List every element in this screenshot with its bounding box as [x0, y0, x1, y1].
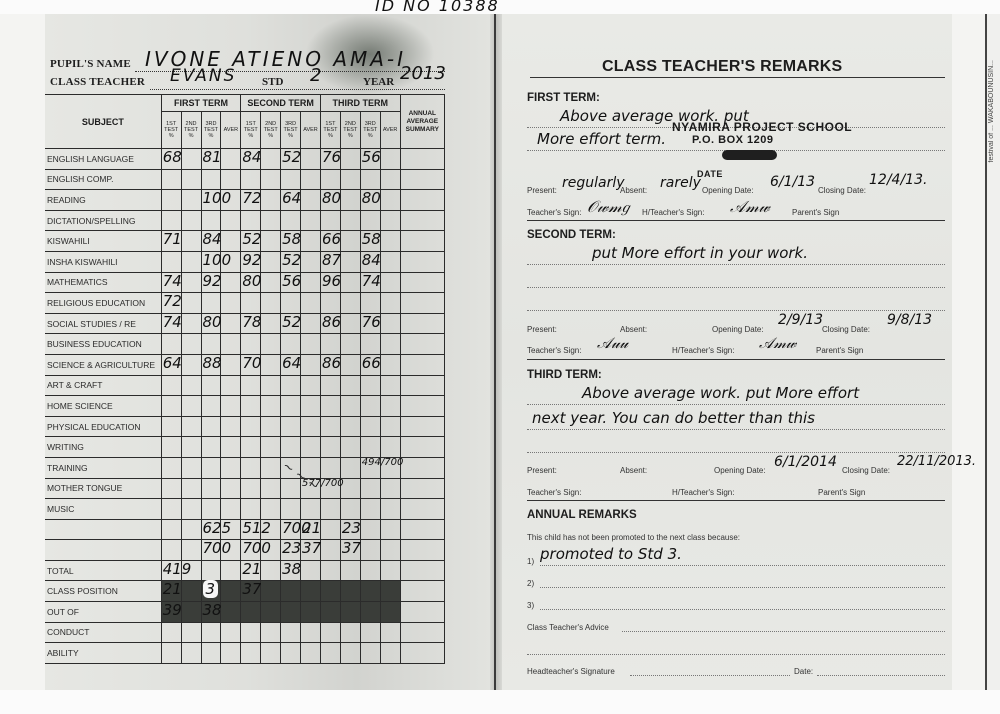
first-teacher-signature: 𝒪𝓌𝓂𝑔	[587, 197, 629, 217]
mark-cell	[241, 478, 261, 499]
third-term-rule	[527, 500, 945, 501]
mark-cell	[261, 375, 281, 396]
mark-cell: 74	[161, 313, 181, 334]
handwritten-mark: 72	[163, 292, 182, 310]
second-term-rule	[527, 359, 945, 360]
handwritten-mark: 23	[342, 519, 361, 537]
mark-cell	[340, 190, 360, 211]
mark-cell	[181, 169, 201, 190]
mark-cell	[281, 416, 301, 437]
mark-cell	[320, 416, 340, 437]
mark-cell	[320, 293, 340, 314]
first-absent-label: Absent:	[620, 186, 647, 195]
mark-cell	[301, 437, 321, 458]
mark-cell	[340, 210, 360, 231]
grade-row: OUT OF3938	[45, 602, 445, 623]
subject-name: CONDUCT	[45, 622, 161, 643]
mark-cell	[181, 231, 201, 252]
mark-cell	[301, 499, 321, 520]
subject-name: READING	[45, 190, 161, 211]
annual-summary-cell	[400, 354, 444, 375]
mark-cell	[261, 643, 281, 664]
mark-cell	[380, 169, 400, 190]
mark-cell	[221, 169, 241, 190]
subject-name: SCIENCE & AGRICULTURE	[45, 354, 161, 375]
mark-cell	[181, 190, 201, 211]
mark-cell	[221, 602, 241, 623]
subject-header: SUBJECT	[45, 95, 161, 149]
subject-name: MUSIC	[45, 499, 161, 520]
not-promoted-text: This child has not been promoted to the …	[527, 533, 740, 542]
subject-name	[45, 540, 161, 561]
mark-cell	[261, 149, 281, 170]
annual-summary-cell	[400, 169, 444, 190]
second-teacher-signature: 𝒜𝓊𝓊	[597, 334, 628, 352]
third-term-header: THIRD TERM	[320, 95, 400, 112]
handwritten-mark: 86	[322, 313, 341, 331]
handwritten-mark: 21	[242, 560, 261, 578]
subject-name: SOCIAL STUDIES / RE	[45, 313, 161, 334]
mark-cell	[281, 334, 301, 355]
subject-name: TRAINING	[45, 457, 161, 478]
mark-cell: 52	[281, 313, 301, 334]
second-present-label: Present:	[527, 325, 557, 334]
annual-item-1-line	[540, 565, 945, 566]
mark-cell	[181, 313, 201, 334]
subcolumn-header: AVER	[221, 112, 241, 149]
mark-cell	[261, 437, 281, 458]
subcolumn-header: 3RD TEST %	[201, 112, 221, 149]
school-stamp-address: P.O. BOX 1209	[692, 134, 774, 146]
headteacher-signature-label: Headteacher's Signature	[527, 667, 615, 676]
annual-summary-cell	[400, 519, 444, 540]
mark-cell	[161, 437, 181, 458]
id-number-stamp: ID NO 10388	[375, 0, 500, 15]
mark-cell	[221, 540, 241, 561]
remarks-page: CLASS TEACHER'S REMARKS FIRST TERM: Abov…	[502, 14, 952, 690]
mark-cell	[221, 293, 241, 314]
mark-cell	[161, 457, 181, 478]
mark-cell: 38	[201, 602, 221, 623]
mark-cell	[320, 519, 340, 540]
third-teacher-sign-label: Teacher's Sign:	[527, 488, 581, 497]
mark-cell	[340, 272, 360, 293]
second-absent-label: Absent:	[620, 325, 647, 334]
mark-cell	[380, 354, 400, 375]
mark-cell: 70	[241, 354, 261, 375]
mark-cell: 37	[301, 540, 321, 561]
subject-name: DICTATION/SPELLING	[45, 210, 161, 231]
mark-cell	[161, 375, 181, 396]
mark-cell	[340, 416, 360, 437]
mark-cell	[221, 334, 241, 355]
mark-cell	[261, 293, 281, 314]
grade-row: ART & CRAFT	[45, 375, 445, 396]
annual-summary-cell	[400, 313, 444, 334]
mark-cell	[301, 313, 321, 334]
mark-cell	[301, 210, 321, 231]
mark-cell	[241, 437, 261, 458]
mark-cell	[340, 231, 360, 252]
mark-cell: 87	[320, 251, 340, 272]
first-term-label: FIRST TERM:	[527, 92, 600, 104]
mark-cell	[380, 272, 400, 293]
first-opening-date-value: 6/1/13	[770, 174, 815, 190]
mark-cell	[380, 581, 400, 602]
first-term-header: FIRST TERM	[161, 95, 241, 112]
mark-cell: 76	[360, 313, 380, 334]
annual-item-3-line	[540, 609, 945, 610]
mark-cell	[380, 643, 400, 664]
second-head-teacher-signature: 𝒜𝓂𝓌	[759, 334, 796, 352]
mark-cell	[161, 478, 181, 499]
annual-summary-cell	[400, 457, 444, 478]
handwritten-mark: 64	[282, 189, 301, 207]
mark-cell	[380, 499, 400, 520]
mark-cell	[181, 293, 201, 314]
mark-cell	[221, 437, 241, 458]
mark-cell: 84	[201, 231, 221, 252]
mark-cell	[380, 334, 400, 355]
annual-summary-cell	[400, 581, 444, 602]
mark-cell	[360, 602, 380, 623]
handwritten-mark: 52	[282, 313, 301, 331]
advice-line-2	[527, 654, 945, 655]
mark-cell	[380, 293, 400, 314]
mark-cell	[380, 251, 400, 272]
book-gutter	[490, 14, 502, 690]
remarks-title: CLASS TEACHER'S REMARKS	[602, 58, 842, 76]
mark-cell	[301, 396, 321, 417]
mark-cell	[161, 622, 181, 643]
third-opening-date-value: 6/1/2014	[774, 454, 837, 470]
second-term-line2	[527, 287, 945, 288]
annual-summary-cell	[400, 416, 444, 437]
mark-cell: 88	[201, 354, 221, 375]
mark-cell: 21	[161, 581, 181, 602]
mark-cell: 21	[301, 519, 321, 540]
mark-cell	[301, 169, 321, 190]
mark-cell	[181, 581, 201, 602]
mark-cell	[241, 602, 261, 623]
handwritten-mark: 58	[362, 230, 381, 248]
mark-cell	[301, 190, 321, 211]
mark-cell: 86	[320, 354, 340, 375]
handwritten-mark: 66	[322, 230, 341, 248]
second-head-teacher-sign-label: H/Teacher's Sign:	[672, 346, 734, 355]
subcolumn-header: 2ND TEST %	[340, 112, 360, 149]
mark-cell	[241, 210, 261, 231]
school-stamp-name: NYAMIRA PROJECT SCHOOL	[672, 120, 852, 134]
mark-cell: 494/700	[360, 457, 380, 478]
mark-cell	[201, 293, 221, 314]
mark-cell	[241, 499, 261, 520]
mark-cell: 52	[281, 149, 301, 170]
mark-cell	[241, 293, 261, 314]
mark-cell	[360, 478, 380, 499]
third-closing-date-label: Closing Date:	[842, 466, 890, 475]
grade-row: KISWAHILI718452586658	[45, 231, 445, 252]
mark-cell	[181, 560, 201, 581]
mark-cell	[301, 251, 321, 272]
mark-cell	[161, 396, 181, 417]
mark-cell: 419	[161, 560, 181, 581]
mark-cell	[261, 602, 281, 623]
mark-cell: 23	[281, 540, 301, 561]
mark-cell	[261, 313, 281, 334]
mark-cell: 625	[201, 519, 221, 540]
mark-cell: 58	[281, 231, 301, 252]
stamp-ink-blob	[722, 150, 777, 160]
mark-cell	[261, 272, 281, 293]
mark-cell	[340, 354, 360, 375]
mark-cell	[320, 396, 340, 417]
annual-summary-cell	[400, 251, 444, 272]
subcolumn-header: 1ST TEST %	[161, 112, 181, 149]
mark-cell	[161, 540, 181, 561]
mark-cell	[161, 251, 181, 272]
handwritten-mark: 64	[163, 354, 182, 372]
mark-cell	[181, 519, 201, 540]
third-term-remark-line2: next year. You can do better than this	[532, 409, 815, 427]
subject-name: ENGLISH LANGUAGE	[45, 149, 161, 170]
mark-cell	[380, 602, 400, 623]
mark-cell	[241, 375, 261, 396]
grade-row: 700700233737	[45, 540, 445, 561]
second-opening-date-label: Opening Date:	[712, 325, 764, 334]
mark-cell	[360, 643, 380, 664]
mark-cell	[181, 437, 201, 458]
handwritten-mark: 74	[163, 313, 182, 331]
annual-summary-cell	[400, 602, 444, 623]
mark-cell	[360, 375, 380, 396]
mark-cell	[221, 375, 241, 396]
mark-cell	[221, 313, 241, 334]
handwritten-mark: 80	[322, 189, 341, 207]
mark-cell	[261, 396, 281, 417]
mark-cell	[301, 231, 321, 252]
second-teacher-sign-label: Teacher's Sign:	[527, 346, 581, 355]
handwritten-mark: 86	[322, 354, 341, 372]
handwritten-mark: 80	[362, 189, 381, 207]
grade-row: SCIENCE & AGRICULTURE648870648666	[45, 354, 445, 375]
mark-cell: 96	[320, 272, 340, 293]
annual-item-1-value: promoted to Std 3.	[540, 545, 682, 563]
mark-cell	[241, 169, 261, 190]
side-strip-text: festival of ... WAKABOUNUSIN...	[988, 60, 995, 162]
mark-cell: 74	[161, 272, 181, 293]
mark-cell	[221, 519, 241, 540]
mark-cell	[181, 334, 201, 355]
handwritten-mark: 66	[362, 354, 381, 372]
mark-cell	[301, 581, 321, 602]
mark-cell	[241, 457, 261, 478]
first-teacher-sign-label: Teacher's Sign:	[527, 208, 581, 217]
mark-cell: 512	[241, 519, 261, 540]
mark-cell	[221, 643, 241, 664]
mark-cell	[340, 149, 360, 170]
mark-cell: 64	[281, 354, 301, 375]
mark-cell: 86	[320, 313, 340, 334]
handwritten-mark: 74	[163, 272, 182, 290]
mark-cell	[201, 169, 221, 190]
mark-cell	[201, 499, 221, 520]
grade-row: TOTAL4192138	[45, 560, 445, 581]
mark-cell: 71	[161, 231, 181, 252]
mark-cell: 52	[241, 231, 261, 252]
mark-cell	[161, 499, 181, 520]
mark-cell: 78	[241, 313, 261, 334]
mark-cell	[261, 416, 281, 437]
handwritten-mark: 71	[163, 230, 182, 248]
mark-cell	[360, 519, 380, 540]
annual-item-3-label: 3)	[527, 601, 534, 610]
mark-cell	[301, 643, 321, 664]
annual-summary-cell	[400, 478, 444, 499]
mark-cell	[360, 396, 380, 417]
mark-cell	[380, 375, 400, 396]
mark-cell	[261, 519, 281, 540]
mark-cell	[261, 334, 281, 355]
grade-row: ENGLISH LANGUAGE688184527656	[45, 149, 445, 170]
mark-cell	[201, 457, 221, 478]
annual-summary-cell	[400, 622, 444, 643]
handwritten-mark: 81	[203, 148, 222, 166]
mark-cell	[221, 396, 241, 417]
mark-cell	[221, 251, 241, 272]
handwritten-mark: 52	[282, 148, 301, 166]
mark-cell	[281, 210, 301, 231]
mark-cell	[201, 210, 221, 231]
handwritten-mark: 37	[342, 539, 361, 557]
mark-cell	[181, 499, 201, 520]
second-term-label: SECOND TERM:	[527, 229, 616, 241]
annual-summary-cell	[400, 499, 444, 520]
mark-cell	[360, 622, 380, 643]
grade-row: RELIGIOUS EDUCATION72	[45, 293, 445, 314]
grade-row: CLASS POSITION21337	[45, 581, 445, 602]
mark-cell	[340, 169, 360, 190]
mark-cell: 100	[201, 190, 221, 211]
subject-name: PHYSICAL EDUCATION	[45, 416, 161, 437]
mark-cell: 56	[281, 272, 301, 293]
mark-cell	[221, 190, 241, 211]
handwritten-mark: 84	[242, 148, 261, 166]
mark-cell	[380, 396, 400, 417]
mark-cell: 76	[320, 149, 340, 170]
annual-summary-cell	[400, 272, 444, 293]
mark-cell: 700	[241, 540, 261, 561]
mark-cell	[281, 375, 301, 396]
mark-cell	[301, 293, 321, 314]
mark-cell	[340, 457, 360, 478]
mark-cell	[380, 478, 400, 499]
std-label: STD	[262, 76, 283, 88]
subject-name: KISWAHILI	[45, 231, 161, 252]
mark-cell: 92	[241, 251, 261, 272]
handwritten-mark: 37	[242, 580, 261, 598]
mark-cell	[281, 169, 301, 190]
handwritten-mark: 84	[203, 230, 222, 248]
mark-cell	[261, 540, 281, 561]
mark-cell	[380, 457, 400, 478]
handwritten-mark: 80	[203, 313, 222, 331]
mark-cell	[340, 313, 360, 334]
mark-cell	[380, 416, 400, 437]
mark-cell	[221, 581, 241, 602]
third-term-line3	[527, 452, 945, 453]
mark-cell	[380, 190, 400, 211]
mark-cell	[201, 560, 221, 581]
mark-cell	[340, 560, 360, 581]
mark-cell	[301, 560, 321, 581]
mark-cell	[380, 437, 400, 458]
pupil-name-label: PUPIL'S NAME	[50, 58, 131, 70]
annual-summary-cell	[400, 149, 444, 170]
second-opening-date-value: 2/9/13	[778, 312, 823, 328]
handwritten-mark: 52	[242, 230, 261, 248]
first-term-remark-line2: More effort term.	[537, 130, 666, 148]
date-line	[817, 675, 945, 676]
first-closing-date-label: Closing Date:	[818, 186, 866, 195]
handwritten-mark: 92	[242, 251, 261, 269]
annual-summary-cell	[400, 643, 444, 664]
annual-summary-cell	[400, 437, 444, 458]
handwritten-mark: 38	[282, 560, 301, 578]
third-term-line2	[527, 429, 945, 430]
subcolumn-header: 1ST TEST %	[241, 112, 261, 149]
second-term-remark: put More effort in your work.	[592, 244, 808, 262]
mark-cell	[241, 643, 261, 664]
mark-cell	[320, 437, 340, 458]
mark-cell	[340, 499, 360, 520]
handwritten-mark: 72	[242, 189, 261, 207]
year-value: 2013	[400, 63, 446, 84]
third-term-line1	[527, 404, 945, 405]
mark-cell	[380, 231, 400, 252]
handwritten-mark: 70	[242, 354, 261, 372]
third-term-label: THIRD TERM:	[527, 369, 602, 381]
second-parent-sign-label: Parent's Sign	[816, 346, 863, 355]
subject-name: MOTHER TONGUE	[45, 478, 161, 499]
gutter-fold-line	[494, 14, 496, 690]
mark-cell	[161, 519, 181, 540]
subject-name: INSHA KISWAHILI	[45, 251, 161, 272]
mark-cell	[380, 519, 400, 540]
second-closing-date-value: 9/8/13	[887, 312, 932, 328]
mark-cell	[181, 416, 201, 437]
mark-cell: 58	[360, 231, 380, 252]
third-opening-date-label: Opening Date:	[714, 466, 766, 475]
mark-cell	[261, 251, 281, 272]
mark-cell: 700	[281, 519, 301, 540]
mark-cell: 100	[201, 251, 221, 272]
handwritten-mark: 56	[282, 272, 301, 290]
second-term-header: SECOND TERM	[241, 95, 321, 112]
mark-cell	[201, 643, 221, 664]
mark-cell	[360, 560, 380, 581]
mark-cell	[201, 478, 221, 499]
mark-cell: 92	[201, 272, 221, 293]
first-head-teacher-sign-label: H/Teacher's Sign:	[642, 208, 704, 217]
first-opening-date-label: Opening Date:	[702, 186, 754, 195]
class-teacher-value: EVANS	[170, 66, 236, 86]
handwritten-mark: 87	[322, 251, 341, 269]
mark-cell	[181, 540, 201, 561]
grade-row: TRAINING494/700	[45, 457, 445, 478]
mark-cell	[181, 375, 201, 396]
title-rule	[530, 77, 945, 78]
